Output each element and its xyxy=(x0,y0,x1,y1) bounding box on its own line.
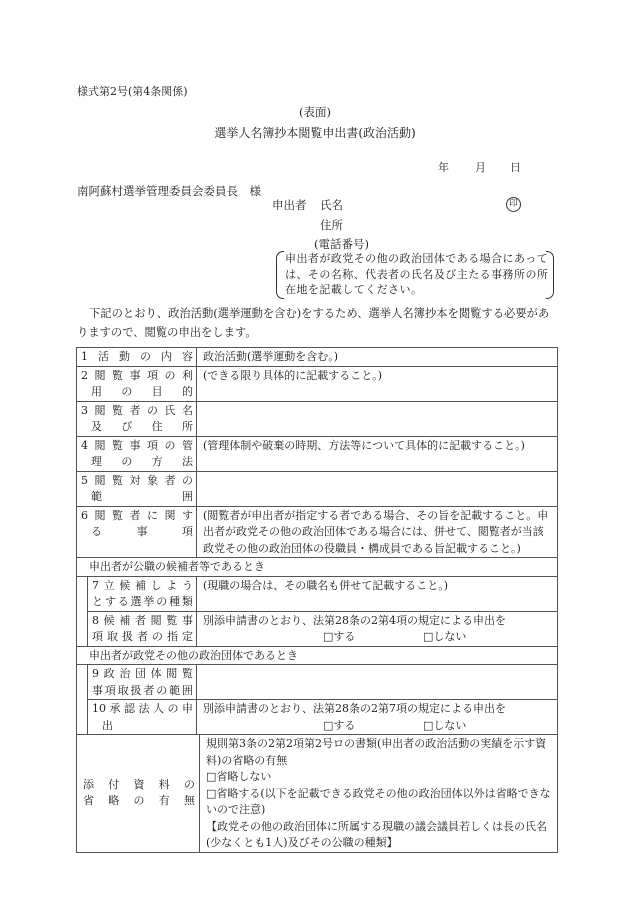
label-char: 囲 xyxy=(182,489,193,506)
label-char: の xyxy=(156,683,167,700)
label-char: 住 xyxy=(152,419,163,436)
applicant-label: 申出者 xyxy=(272,197,307,213)
label-char: 種 xyxy=(169,594,180,611)
checkbox-yes[interactable]: □する xyxy=(323,629,423,646)
label-char: 付 xyxy=(108,777,119,794)
label-char: 補 xyxy=(119,613,130,630)
table-row-5: 5閲覧対象者の範囲 xyxy=(77,472,557,507)
date-year-label: 年 xyxy=(438,160,449,175)
label-line: 10承認法人の申 xyxy=(92,701,193,718)
label-char: 覧 xyxy=(166,613,177,630)
label-char: 事 xyxy=(130,438,141,455)
label-char: 政 xyxy=(104,666,115,683)
applicant-name-label: 氏名 xyxy=(320,197,343,213)
row-value-text: 別添申請書のとおり、法第28条の2第7項の規定による申出を xyxy=(203,701,553,718)
attachment-text: 規則第3条の2第2項第2号ロの書類(申出者の政治活動の実績を示す資料)の省略の有… xyxy=(206,736,553,769)
label-char: 無 xyxy=(184,793,195,810)
applicant-phone-label: (電話番号) xyxy=(314,236,369,252)
label-char: 対 xyxy=(130,473,141,490)
intro-paragraph: 下記のとおり、政治活動(選挙運動を含む)をするため、選挙人名簿抄本を閲覧する必要… xyxy=(77,304,557,342)
label-char: 事 xyxy=(92,683,103,700)
row-value-field[interactable]: (現職の場合は、その職名も併せて記載すること。) xyxy=(197,577,557,611)
checkbox-option[interactable]: □省略しない xyxy=(206,769,553,786)
date-day-label: 日 xyxy=(510,160,521,175)
label-char: 9 xyxy=(92,666,99,683)
label-char: 覧 xyxy=(182,666,193,683)
label-char: 用 xyxy=(91,384,102,401)
label-char: 氏 xyxy=(165,403,176,420)
label-char: 出 xyxy=(102,718,113,735)
table-row: 7立候補しようとする選挙の種類(現職の場合は、その職名も併せて記載すること。) xyxy=(88,577,557,612)
label-char: と xyxy=(92,594,103,611)
row-value-field[interactable] xyxy=(197,402,557,436)
label-char: 項 xyxy=(147,438,158,455)
label-char: 8 xyxy=(92,613,99,630)
label-char: 覧 xyxy=(112,403,123,420)
label-char: よ xyxy=(166,578,177,595)
label-char: の xyxy=(156,594,167,611)
label-char: 2 xyxy=(81,368,88,385)
label-char: 挙 xyxy=(143,594,154,611)
checkbox-no[interactable]: □しない xyxy=(423,718,466,735)
label-char: 閲 xyxy=(95,473,106,490)
label-char: 扱 xyxy=(122,629,133,646)
row-label: 6閲覧者に関する事項 xyxy=(77,507,197,558)
label-char: 範 xyxy=(91,489,102,506)
label-char: す xyxy=(105,594,116,611)
label-char: 省 xyxy=(83,793,94,810)
checkbox-option[interactable]: □省略する(以下を記載できる政党その他の政治団体以外は省略できないので注意) xyxy=(206,786,553,819)
label-char: 活 xyxy=(98,349,109,366)
label-char: 10 xyxy=(92,701,106,718)
label-char: 閲 xyxy=(166,666,177,683)
label-line: 省略の有無 xyxy=(83,793,195,810)
table-row: 9政治団体閲覧事項取扱者の範囲 xyxy=(88,665,557,700)
label-char: 認 xyxy=(124,701,135,718)
label-char: 名 xyxy=(182,403,193,420)
label-char: 的 xyxy=(182,384,193,401)
label-char: 容 xyxy=(182,349,193,366)
right-bracket xyxy=(546,251,554,299)
row-label: 9政治団体閲覧事項取扱者の範囲 xyxy=(88,665,197,699)
label-char: 囲 xyxy=(182,683,193,700)
label-char: 方 xyxy=(152,454,163,471)
label-line: 4閲覧事項の管 xyxy=(81,438,193,455)
attachment-text: 【政党その他の政治団体に所属する現職の議会議員若しくは長の氏名(少なくとも1人)… xyxy=(206,819,553,852)
label-char: 候 xyxy=(119,578,130,595)
label-line: 事項取扱者の範囲 xyxy=(92,683,193,700)
label-line: 2閲覧事項の利 xyxy=(81,368,193,385)
row-value-field[interactable]: 政治活動(選挙運動を含む。) xyxy=(197,348,557,366)
label-line: 範囲 xyxy=(81,489,193,506)
label-char: 資 xyxy=(134,777,145,794)
label-char: 取 xyxy=(107,629,118,646)
label-char: う xyxy=(182,578,193,595)
label-char: 料 xyxy=(159,777,170,794)
row-value-field[interactable]: 別添申請書のとおり、法第28条の2第4項の規定による申出を□する□しない xyxy=(197,612,557,646)
label-char: 閲 xyxy=(95,403,106,420)
label-char: 象 xyxy=(147,473,158,490)
checkbox-group: □する□しない xyxy=(203,629,553,646)
label-char: 体 xyxy=(151,666,162,683)
table-row: 10承認法人の申出別添申請書のとおり、法第28条の2第7項の規定による申出を□す… xyxy=(88,700,557,734)
label-line: 5閲覧対象者の xyxy=(81,473,193,490)
label-char: 者 xyxy=(165,473,176,490)
label-line: とする選挙の種類 xyxy=(92,594,193,611)
label-char: 項 xyxy=(182,524,193,541)
date-month-label: 月 xyxy=(475,160,486,175)
label-char: る xyxy=(91,524,102,541)
label-char: 項 xyxy=(147,368,158,385)
label-char: 有 xyxy=(159,793,170,810)
table-row: 8候補者閲覧事項取扱者の指定別添申請書のとおり、法第28条の2第4項の規定による… xyxy=(88,612,557,646)
attachment-value: 規則第3条の2第2項第2号ロの書類(申出者の政治活動の実績を示す資料)の省略の有… xyxy=(200,735,557,852)
label-char: 扱 xyxy=(131,683,142,700)
label-char: 候 xyxy=(104,613,115,630)
label-char: 関 xyxy=(165,508,176,525)
section-candidate-rows: 7立候補しようとする選挙の種類(現職の場合は、その職名も併せて記載すること。)8… xyxy=(87,577,557,646)
side-label: (表面) xyxy=(0,104,630,120)
label-char: 7 xyxy=(92,578,99,595)
label-char: 者 xyxy=(130,508,141,525)
document-title: 選挙人名簿抄本閲覧申出書(政治活動) xyxy=(0,125,630,142)
label-char: 利 xyxy=(182,368,193,385)
label-char: 動 xyxy=(119,349,130,366)
label-line: 出 xyxy=(92,718,193,735)
label-char: 治 xyxy=(119,666,130,683)
label-char: し xyxy=(151,578,162,595)
label-char: 事 xyxy=(182,613,193,630)
table-row-4: 4閲覧事項の管理の方法(管理体制や破棄の時期、方法等について具体的に記載すること… xyxy=(77,437,557,472)
label-char: 管 xyxy=(182,438,193,455)
label-char: 事 xyxy=(137,524,148,541)
row-label: 7立候補しようとする選挙の種類 xyxy=(88,577,197,611)
label-char: 略 xyxy=(108,793,119,810)
label-char: 法 xyxy=(182,454,193,471)
label-char: 取 xyxy=(118,683,129,700)
row-value-field[interactable] xyxy=(197,472,557,506)
applicant-note: 申出者が政党その他の政治団体である場合にあっては、その名称、代表者の氏名及び主た… xyxy=(276,251,554,299)
label-line: 理の方法 xyxy=(81,454,193,471)
label-line: 3閲覧者の氏名 xyxy=(81,403,193,420)
label-char: 法 xyxy=(139,701,150,718)
label-char: 者 xyxy=(143,683,154,700)
label-char: の xyxy=(184,777,195,794)
left-bracket xyxy=(276,251,284,299)
label-char: 申 xyxy=(182,701,193,718)
label-char: 5 xyxy=(81,473,88,490)
row-label: 1活動の内容 xyxy=(77,348,197,366)
table-row-1: 1活動の内容政治活動(選挙運動を含む。) xyxy=(77,348,557,367)
row-value-text: (管理体制や破棄の時期、方法等について具体的に記載すること。) xyxy=(203,438,553,455)
label-line: 1活動の内容 xyxy=(81,349,193,366)
label-char: 定 xyxy=(182,629,193,646)
label-char: の xyxy=(147,403,158,420)
label-char: 所 xyxy=(182,419,193,436)
row-label: 4閲覧事項の管理の方法 xyxy=(77,437,197,471)
label-char: 補 xyxy=(135,578,146,595)
label-char: び xyxy=(121,419,132,436)
label-char: す xyxy=(182,508,193,525)
row-value-text: 政治活動(選挙運動を含む。) xyxy=(203,349,553,366)
row-value-field[interactable]: 別添申請書のとおり、法第28条の2第7項の規定による申出を□する□しない xyxy=(197,700,557,734)
table-row-3: 3閲覧者の氏名及び住所 xyxy=(77,402,557,437)
label-char: の xyxy=(140,349,151,366)
checkbox-yes[interactable]: □する xyxy=(323,718,423,735)
label-char: 承 xyxy=(110,701,121,718)
label-line: 8候補者閲覧事 xyxy=(92,613,193,630)
applicant-address-label: 住所 xyxy=(320,217,343,233)
section-candidate-title: 申出者が公職の候補者等であるとき xyxy=(77,558,557,577)
label-char: 立 xyxy=(104,578,115,595)
label-char: 閲 xyxy=(95,368,106,385)
label-char: 人 xyxy=(153,701,164,718)
label-char: 6 xyxy=(81,508,88,525)
label-line: る事項 xyxy=(81,524,193,541)
label-line: 及び住所 xyxy=(81,419,193,436)
label-line: 9政治団体閲覧 xyxy=(92,666,193,683)
row-value-field[interactable]: (閲覧者が申出者が指定する者である場合、その旨を記載すること。申出者が政党その他… xyxy=(197,507,557,558)
row-label: 8候補者閲覧事項取扱者の指定 xyxy=(88,612,197,646)
row-label: 5閲覧対象者の範囲 xyxy=(77,472,197,506)
label-char: 閲 xyxy=(95,508,106,525)
label-char: の xyxy=(121,454,132,471)
label-char: 指 xyxy=(167,629,178,646)
label-char: 項 xyxy=(105,683,116,700)
section-candidate: 申出者が公職の候補者等であるとき7立候補しようとする選挙の種類(現職の場合は、そ… xyxy=(77,558,557,647)
applicant-note-text: 申出者が政党その他の政治団体である場合にあっては、その名称、代表者の氏名及び主た… xyxy=(285,251,549,298)
label-char: の xyxy=(165,438,176,455)
label-char: に xyxy=(147,508,158,525)
label-char: 覧 xyxy=(112,438,123,455)
label-char: 覧 xyxy=(112,368,123,385)
row-value-text: (閲覧者が申出者が指定する者である場合、その旨を記載すること。申出者が政党その他… xyxy=(203,508,553,558)
attachment-omission-row: 添付資料の省略の有無規則第3条の2第2項第2号ロの書類(申出者の政治活動の実績を… xyxy=(77,735,557,852)
label-line: 6閲覧者に関す xyxy=(81,508,193,525)
label-char: 覧 xyxy=(112,473,123,490)
label-char: の xyxy=(168,701,179,718)
section-party: 申出者が政党その他の政治団体であるとき9政治団体閲覧事項取扱者の範囲10承認法人… xyxy=(77,647,557,736)
label-char: 者 xyxy=(130,403,141,420)
label-char: 理 xyxy=(91,454,102,471)
label-char: 添 xyxy=(83,777,94,794)
label-char: 1 xyxy=(81,349,88,366)
label-line: 7立候補しよう xyxy=(92,578,193,595)
row-value-text: (できる限り具体的に記載すること。) xyxy=(203,368,553,385)
label-char: る xyxy=(118,594,129,611)
row-value-field[interactable] xyxy=(197,665,557,699)
form-number: 様式第2号(第4条関係) xyxy=(77,84,188,99)
checkbox-no[interactable]: □しない xyxy=(423,629,466,646)
label-char: の xyxy=(121,384,132,401)
table-row-2: 2閲覧事項の利用の目的(できる限り具体的に記載すること。) xyxy=(77,367,557,402)
row-label: 3閲覧者の氏名及び住所 xyxy=(77,402,197,436)
label-char: 閲 xyxy=(95,438,106,455)
label-char: の xyxy=(152,629,163,646)
row-value-text: (現職の場合は、その職名も併せて記載すること。) xyxy=(203,578,553,595)
label-char: 閲 xyxy=(151,613,162,630)
label-char: 団 xyxy=(135,666,146,683)
label-char: 3 xyxy=(81,403,88,420)
label-char: 範 xyxy=(169,683,180,700)
row-label: 2閲覧事項の利用の目的 xyxy=(77,367,197,401)
section-party-rows: 9政治団体閲覧事項取扱者の範囲10承認法人の申出別添申請書のとおり、法第28条の… xyxy=(87,665,557,734)
label-char: 目 xyxy=(152,384,163,401)
checkbox-group: □する□しない xyxy=(203,718,553,735)
label-char: 及 xyxy=(91,419,102,436)
row-label: 10承認法人の申出 xyxy=(88,700,197,734)
label-char: の xyxy=(182,473,193,490)
label-char: の xyxy=(134,793,145,810)
label-char: 覧 xyxy=(112,508,123,525)
application-form-table: 1活動の内容政治活動(選挙運動を含む。)2閲覧事項の利用の目的(できる限り具体的… xyxy=(76,347,558,853)
label-line: 添付資料の xyxy=(83,777,195,794)
attachment-label: 添付資料の省略の有無 xyxy=(77,735,200,852)
seal-stamp-icon: 印 xyxy=(506,197,521,212)
row-value-field[interactable]: (できる限り具体的に記載すること。) xyxy=(197,367,557,401)
label-char: 選 xyxy=(131,594,142,611)
addressee: 南阿蘇村選挙管理委員会委員長 様 xyxy=(77,183,261,199)
label-char: 者 xyxy=(135,613,146,630)
row-value-field[interactable]: (管理体制や破棄の時期、方法等について具体的に記載すること。) xyxy=(197,437,557,471)
label-char: 項 xyxy=(92,629,103,646)
section-party-title: 申出者が政党その他の政治団体であるとき xyxy=(77,647,557,666)
table-row-6: 6閲覧者に関する事項(閲覧者が申出者が指定する者である場合、その旨を記載すること… xyxy=(77,507,557,559)
label-char: 4 xyxy=(81,438,88,455)
label-char: 者 xyxy=(137,629,148,646)
row-value-text: 別添申請書のとおり、法第28条の2第4項の規定による申出を xyxy=(203,613,553,630)
label-char: 類 xyxy=(182,594,193,611)
label-line: 用の目的 xyxy=(81,384,193,401)
label-char: 内 xyxy=(161,349,172,366)
label-char: 事 xyxy=(130,368,141,385)
label-line: 項取扱者の指定 xyxy=(92,629,193,646)
label-char: の xyxy=(165,368,176,385)
